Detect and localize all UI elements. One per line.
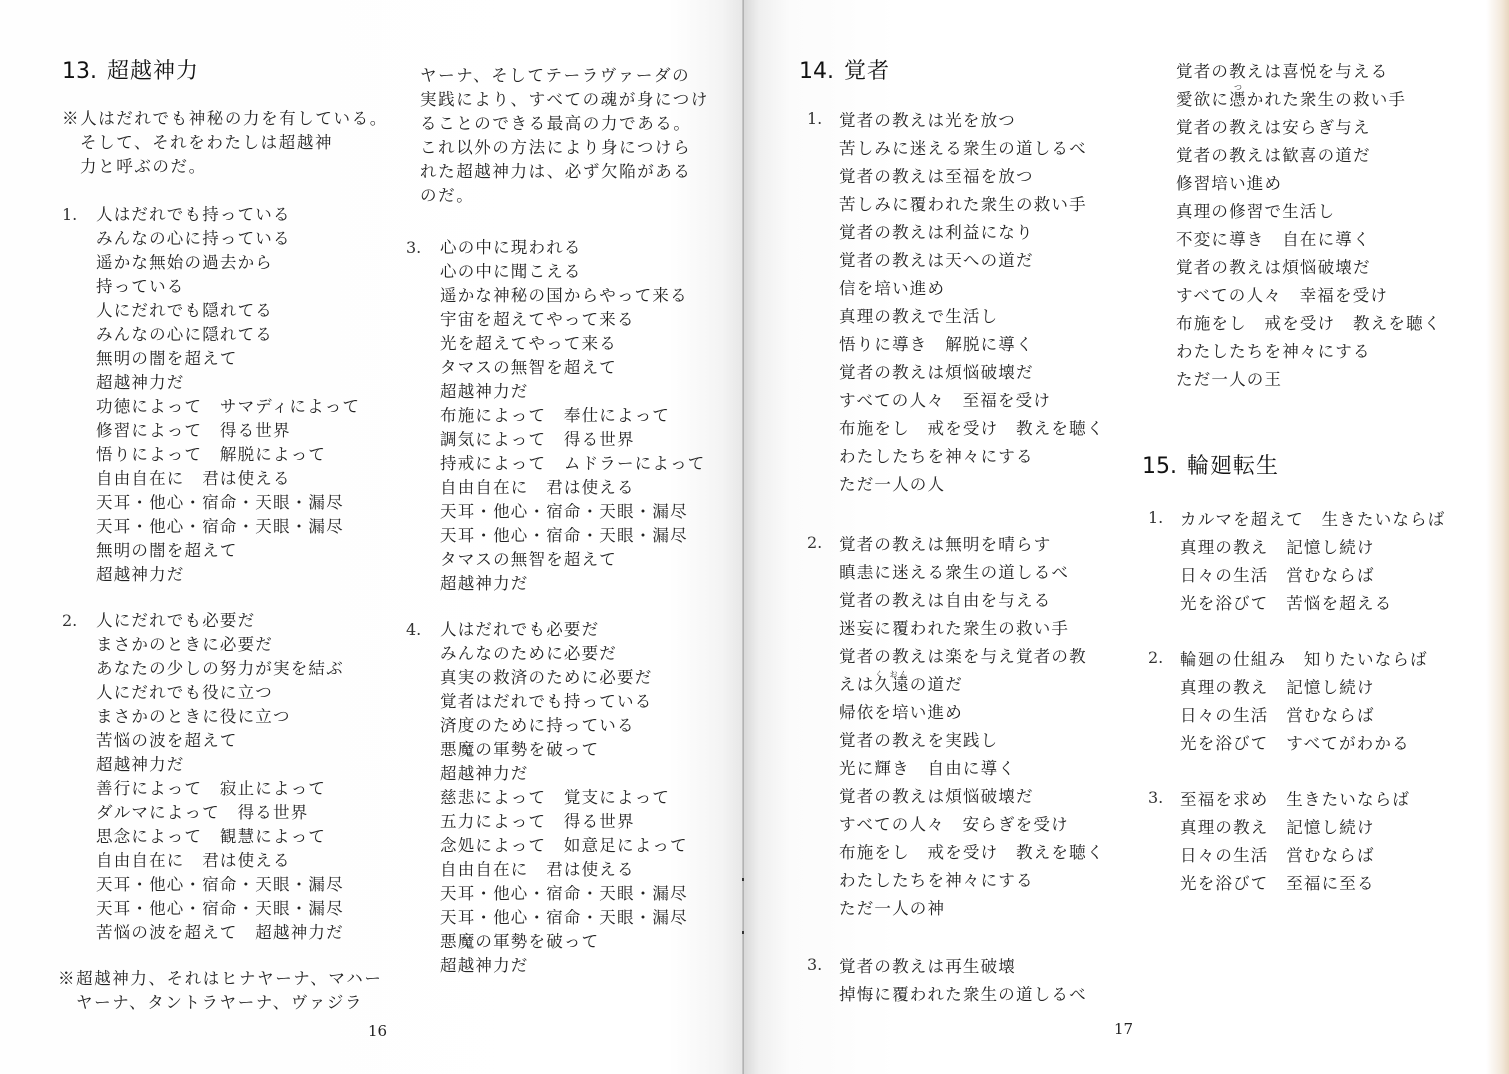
lyric-line: 覚者の教えは自由を与える: [839, 587, 1139, 615]
lyric-line: わたしたちを神々にする: [1176, 338, 1496, 366]
lyric-line: 真理の教え 記憶し続け: [1180, 814, 1496, 842]
lyric-line: 覚者の教えを実践し: [839, 727, 1139, 755]
lyric-line: 布施によって 奉仕によって: [440, 404, 720, 428]
lyric-line: あなたの少しの努力が実を結ぶ: [96, 657, 392, 681]
section-13-heading: 13.超越神力: [62, 57, 392, 87]
section-number: 14.: [799, 59, 834, 84]
intro-note: ※人はだれでも神秘の力を有している。 そして、それをわたしは超越神 力と呼ぶのだ…: [62, 107, 392, 179]
lyric-line: 心の中に現われる: [440, 236, 720, 260]
lyric-line: みんなの心に隠れてる: [96, 323, 392, 347]
furigana: つ: [1234, 82, 1244, 93]
lyric-line: 光を超えてやって来る: [440, 332, 720, 356]
lyric-line: 輪廻の仕組み 知りたいならば: [1180, 646, 1496, 674]
lyric-line: 心の中に聞こえる: [440, 260, 720, 284]
lyric-line: 覚者の教えは至福を放つ: [839, 163, 1139, 191]
section-title: 覚者: [844, 59, 890, 84]
lyric-line: 超越神力だ: [440, 380, 720, 404]
lyric-line: 持戒によって ムドラーによって: [440, 452, 720, 476]
book-spread: 13.超越神力 ※人はだれでも神秘の力を有している。 そして、それをわたしは超越…: [0, 0, 1509, 1074]
lyric-line: 光を浴びて 至福に至る: [1180, 870, 1496, 898]
lyric-line: みんなのために必要だ: [440, 642, 720, 666]
verse-number: 3.: [1148, 786, 1163, 810]
section-number: 15.: [1142, 454, 1177, 479]
note-line: のだ。: [420, 184, 720, 208]
lyric-line: 自由自在に 君は使える: [96, 467, 392, 491]
verse-1: 1. 覚者の教えは光を放つ 苦しみに迷える衆生の道しるべ 覚者の教えは至福を放つ…: [799, 107, 1139, 499]
lyric-line: 念処によって 如意足によって: [440, 834, 720, 858]
verse-1: 1. 人はだれでも持っている みんなの心に持っている 遥かな無始の過去から 持っ…: [62, 203, 392, 587]
lyric-line: 苦悩の波を超えて 超越神力だ: [96, 921, 392, 945]
lyric-line: 掉悔に覆われた衆生の道しるべ: [839, 981, 1139, 1009]
lyric-line: 至福を求め 生きたいならば: [1180, 786, 1496, 814]
lyric-line: タマスの無智を超えて: [440, 356, 720, 380]
lyric-line: 超越神力だ: [96, 371, 392, 395]
lyric-line: 超越神力だ: [440, 572, 720, 596]
lyric-line: 日々の生活 営むならば: [1180, 842, 1496, 870]
lyric-line: 覚者の教えは歓喜の道だ: [1176, 142, 1496, 170]
lyric-line: 苦悩の波を超えて: [96, 729, 392, 753]
lyric-line: 悟りによって 解脱によって: [96, 443, 392, 467]
lyric-line: 瞋恚に迷える衆生の道しるべ: [839, 559, 1139, 587]
lyric-line: 人にだれでも必要だ: [96, 609, 392, 633]
note-line: そして、それをわたしは超越神: [62, 131, 392, 155]
lyric-line: 慈悲によって 覚支によって: [440, 786, 720, 810]
verse-2: 2. 人にだれでも必要だ まさかのときに必要だ あなたの少しの努力が実を結ぶ 人…: [62, 609, 392, 945]
lyric-line: 修習によって 得る世界: [96, 419, 392, 443]
lyric-line: 無明の闇を超えて: [96, 539, 392, 563]
verse-number: 4.: [406, 618, 421, 642]
verse-3-start: 3. 覚者の教えは再生破壊 掉悔に覆われた衆生の道しるべ: [799, 953, 1139, 1009]
lyric-line: 覚者の教えは安らぎ与え: [1176, 114, 1496, 142]
lyric-line: 苦しみに迷える衆生の道しるべ: [839, 135, 1139, 163]
lyric-line: わたしたちを神々にする: [839, 867, 1139, 895]
lyric-line: ただ一人の王: [1176, 366, 1496, 394]
lyric-line: まさかのときに必要だ: [96, 633, 392, 657]
verse-number: 2.: [1148, 646, 1163, 670]
lyric-line: 帰依を培い進め: [839, 699, 1139, 727]
lyric-line: 覚者はだれでも持っている: [440, 690, 720, 714]
closing-note-start: ※超越神力、それはヒナヤーナ、マハー ヤーナ、タントラヤーナ、ヴァジラ: [58, 967, 392, 1015]
lyric-line: 五力によって 得る世界: [440, 810, 720, 834]
lyric-line: ただ一人の人: [839, 471, 1139, 499]
lyric-line: 布施をし 戒を受け 教えを聴く: [1176, 310, 1496, 338]
lyric-line: 善行によって 寂止によって: [96, 777, 392, 801]
lyric-line: 覚者の教えは利益になり: [839, 219, 1139, 247]
lyric-line: 人はだれでも持っている: [96, 203, 392, 227]
lyric-line: すべての人々 安らぎを受け: [839, 811, 1139, 839]
lyric-line: 天耳・他心・宿命・天眼・漏尽: [440, 906, 720, 930]
lyric-line: まさかのときに役に立つ: [96, 705, 392, 729]
lyric-line: 天耳・他心・宿命・天眼・漏尽: [96, 515, 392, 539]
lyric-line: 無明の闇を超えて: [96, 347, 392, 371]
verse-number: 1.: [62, 203, 77, 227]
lyric-line: 超越神力だ: [96, 753, 392, 777]
right-column-1: 14.覚者 1. 覚者の教えは光を放つ 苦しみに迷える衆生の道しるべ 覚者の教え…: [799, 57, 1139, 1031]
lyric-line: 光を浴びて 苦悩を超える: [1180, 590, 1496, 618]
lyric-line: 天耳・他心・宿命・天眼・漏尽: [96, 873, 392, 897]
lyric-line: 自由自在に 君は使える: [440, 858, 720, 882]
lyric-line: 悪魔の軍勢を破って: [440, 930, 720, 954]
left-column-1: 13.超越神力 ※人はだれでも神秘の力を有している。 そして、それをわたしは超越…: [62, 57, 392, 1039]
lyric-line: 布施をし 戒を受け 教えを聴く: [839, 839, 1139, 867]
right-column-2: 覚者の教えは喜悦を与える つ 愛欲に憑かれた衆生の救い手 覚者の教えは安らぎ与え…: [1176, 58, 1496, 920]
page-number: 16: [368, 1022, 387, 1040]
lyric-line: 光を浴びて すべてがわかる: [1180, 730, 1496, 758]
verse-2: 2. 輪廻の仕組み 知りたいならば 真理の教え 記憶し続け 日々の生活 営むなら…: [1142, 646, 1496, 758]
section-title: 輪廻転生: [1187, 454, 1279, 479]
lyric-line: 遥かな無始の過去から: [96, 251, 392, 275]
lyric-line: ダルマによって 得る世界: [96, 801, 392, 825]
lyric-line: 覚者の教えは煩悩破壊だ: [1176, 254, 1496, 282]
lyric-line: 思念によって 観慧によって: [96, 825, 392, 849]
lyric-line: 調気によって 得る世界: [440, 428, 720, 452]
note-line: ※超越神力、それはヒナヤーナ、マハー: [58, 967, 392, 991]
lyric-line: 光に輝き 自由に導く: [839, 755, 1139, 783]
lyric-line: 迷妄に覆われた衆生の救い手: [839, 615, 1139, 643]
lyric-line: 信を培い進め: [839, 275, 1139, 303]
lyric-line: 覚者の教えは再生破壊: [839, 953, 1139, 981]
verse-number: 3.: [807, 953, 822, 977]
verse-number: 1.: [807, 107, 822, 131]
note-line: 力と呼ぶのだ。: [62, 155, 392, 179]
lyric-line: 真理の修習で生活し: [1176, 198, 1496, 226]
lyric-line: 不変に導き 自在に導く: [1176, 226, 1496, 254]
lyric-line: 覚者の教えは煩悩破壊だ: [839, 783, 1139, 811]
verse-number: 3.: [406, 236, 421, 260]
verse-number: 2.: [62, 609, 77, 633]
furigana: く おん: [875, 669, 910, 680]
verse-3-continued: 覚者の教えは喜悦を与える つ 愛欲に憑かれた衆生の救い手 覚者の教えは安らぎ与え…: [1176, 58, 1496, 394]
lyric-line: 超越神力だ: [96, 563, 392, 587]
section-15-heading: 15.輪廻転生: [1142, 452, 1496, 482]
lyric-line: 功徳によって サマディによって: [96, 395, 392, 419]
page-17: 14.覚者 1. 覚者の教えは光を放つ 苦しみに迷える衆生の道しるべ 覚者の教え…: [744, 0, 1509, 1074]
lyric-line: 人にだれでも隠れてる: [96, 299, 392, 323]
lyric-line: 天耳・他心・宿命・天眼・漏尽: [440, 500, 720, 524]
lyric-line: 天耳・他心・宿命・天眼・漏尽: [96, 897, 392, 921]
lyric-line: 日々の生活 営むならば: [1180, 702, 1496, 730]
note-line: れた超越神力は、必ず欠陥がある: [420, 160, 720, 184]
section-14-heading: 14.覚者: [799, 57, 1139, 87]
lyric-line: 天耳・他心・宿命・天眼・漏尽: [440, 524, 720, 548]
lyric-line: 覚者の教えは光を放つ: [839, 107, 1139, 135]
note-line: ることのできる最高の力である。: [420, 112, 720, 136]
lyric-line: 天耳・他心・宿命・天眼・漏尽: [96, 491, 392, 515]
note-line: 実践により、すべての魂が身につけ: [420, 88, 720, 112]
lyric-line: 真実の救済のために必要だ: [440, 666, 720, 690]
note-line: ヤーナ、そしてテーラヴァーダの: [420, 64, 720, 88]
lyric-line: 覚者の教えは天への道だ: [839, 247, 1139, 275]
lyric-line: 愛欲に憑かれた衆生の救い手: [1176, 86, 1496, 114]
lyric-line: ただ一人の神: [839, 895, 1139, 923]
lyric-line: 超越神力だ: [440, 954, 720, 978]
lyric-line: 真理の教え 記憶し続け: [1180, 534, 1496, 562]
lyric-line: わたしたちを神々にする: [839, 443, 1139, 471]
lyric-line: 覚者の教えは煩悩破壊だ: [839, 359, 1139, 387]
lyric-line: 宇宙を超えてやって来る: [440, 308, 720, 332]
lyric-line: 悪魔の軍勢を破って: [440, 738, 720, 762]
note-line: ※人はだれでも神秘の力を有している。: [62, 107, 392, 131]
lyric-line: 覚者の教えは無明を晴らす: [839, 531, 1139, 559]
lyric-line: 覚者の教えは喜悦を与える: [1176, 58, 1496, 86]
page-16: 13.超越神力 ※人はだれでも神秘の力を有している。 そして、それをわたしは超越…: [0, 0, 744, 1074]
lyric-line: 済度のために持っている: [440, 714, 720, 738]
lyric-line: 超越神力だ: [440, 762, 720, 786]
lyric-line: 悟りに導き 解脱に導く: [839, 331, 1139, 359]
left-column-2: ヤーナ、そしてテーラヴァーダの 実践により、すべての魂が身につけ ることのできる…: [420, 64, 720, 1000]
verse-4: 4. 人はだれでも必要だ みんなのために必要だ 真実の救済のために必要だ 覚者は…: [406, 618, 720, 978]
lyric-line: 自由自在に 君は使える: [440, 476, 720, 500]
verse-2: 2. 覚者の教えは無明を晴らす 瞋恚に迷える衆生の道しるべ 覚者の教えは自由を与…: [799, 531, 1139, 923]
lyric-line: 天耳・他心・宿命・天眼・漏尽: [440, 882, 720, 906]
lyric-line: タマスの無智を超えて: [440, 548, 720, 572]
verse-3: 3. 心の中に現われる 心の中に聞こえる 遥かな神秘の国からやって来る 宇宙を超…: [406, 236, 720, 596]
lyric-line: みんなの心に持っている: [96, 227, 392, 251]
lyric-line: 真理の教えで生活し: [839, 303, 1139, 331]
section-number: 13.: [62, 59, 97, 84]
lyric-line: すべての人々 至福を受け: [839, 387, 1139, 415]
section-15: 15.輪廻転生 1. カルマを超えて 生きたいならば 真理の教え 記憶し続け 日…: [1142, 452, 1496, 898]
lyric-line: 日々の生活 営むならば: [1180, 562, 1496, 590]
lyric-line: 布施をし 戒を受け 教えを聴く: [839, 415, 1139, 443]
verse-3: 3. 至福を求め 生きたいならば 真理の教え 記憶し続け 日々の生活 営むならば…: [1142, 786, 1496, 898]
lyric-line: 遥かな神秘の国からやって来る: [440, 284, 720, 308]
lyric-line: 覚者の教えは楽を与え覚者の教: [839, 643, 1139, 671]
lyric-line: 持っている: [96, 275, 392, 299]
page-number: 17: [1114, 1020, 1133, 1038]
lyric-line: 苦しみに覆われた衆生の救い手: [839, 191, 1139, 219]
lyric-line: カルマを超えて 生きたいならば: [1180, 506, 1496, 534]
section-title: 超越神力: [107, 59, 199, 84]
lyric-line: 人にだれでも役に立つ: [96, 681, 392, 705]
note-line: ヤーナ、タントラヤーナ、ヴァジラ: [58, 991, 392, 1015]
lyric-line: すべての人々 幸福を受け: [1176, 282, 1496, 310]
lyric-line: 真理の教え 記憶し続け: [1180, 674, 1496, 702]
verse-number: 1.: [1148, 506, 1163, 530]
lyric-line: 人はだれでも必要だ: [440, 618, 720, 642]
note-line: これ以外の方法により身につけら: [420, 136, 720, 160]
lyric-line: 修習培い進め: [1176, 170, 1496, 198]
lyric-line: 自由自在に 君は使える: [96, 849, 392, 873]
verse-1: 1. カルマを超えて 生きたいならば 真理の教え 記憶し続け 日々の生活 営むな…: [1142, 506, 1496, 618]
closing-note-continued: ヤーナ、そしてテーラヴァーダの 実践により、すべての魂が身につけ ることのできる…: [420, 64, 720, 208]
